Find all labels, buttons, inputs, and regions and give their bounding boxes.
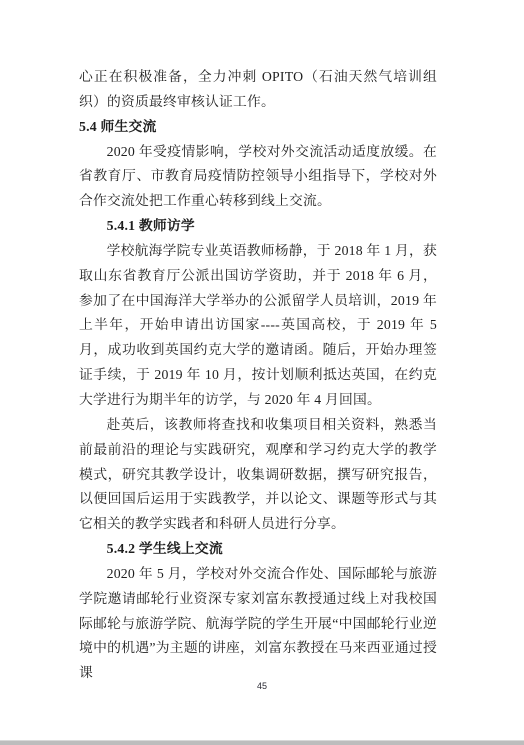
subsection-heading-5-4-1: 5.4.1 教师访学 bbox=[79, 214, 437, 239]
section-heading-5-4: 5.4 师生交流 bbox=[79, 115, 437, 140]
page-bottom-edge bbox=[0, 740, 524, 745]
subsection-heading-5-4-2: 5.4.2 学生线上交流 bbox=[79, 537, 437, 562]
body-paragraph: 2020 年 5 月，学校对外交流合作处、国际邮轮与旅游学院邀请邮轮行业资深专家… bbox=[79, 562, 437, 686]
body-paragraph-continued: 心正在积极准备，全力冲刺 OPITO（石油天然气培训组织）的资质最终审核认证工作… bbox=[79, 65, 437, 115]
body-paragraph: 赴英后，该教师将查找和收集项目相关资料，熟悉当前最前沿的理论与实践研究，观摩和学… bbox=[79, 413, 437, 537]
body-paragraph: 2020 年受疫情影响，学校对外交流活动适度放缓。在省教育厅、市教育局疫情防控领… bbox=[79, 140, 437, 215]
body-paragraph: 学校航海学院专业英语教师杨静，于 2018 年 1 月，获取山东省教育厅公派出国… bbox=[79, 239, 437, 413]
page-body-text: 心正在积极准备，全力冲刺 OPITO（石油天然气培训组织）的资质最终审核认证工作… bbox=[79, 65, 437, 686]
page-number: 45 bbox=[0, 680, 524, 692]
document-page: 心正在积极准备，全力冲刺 OPITO（石油天然气培训组织）的资质最终审核认证工作… bbox=[0, 0, 524, 745]
